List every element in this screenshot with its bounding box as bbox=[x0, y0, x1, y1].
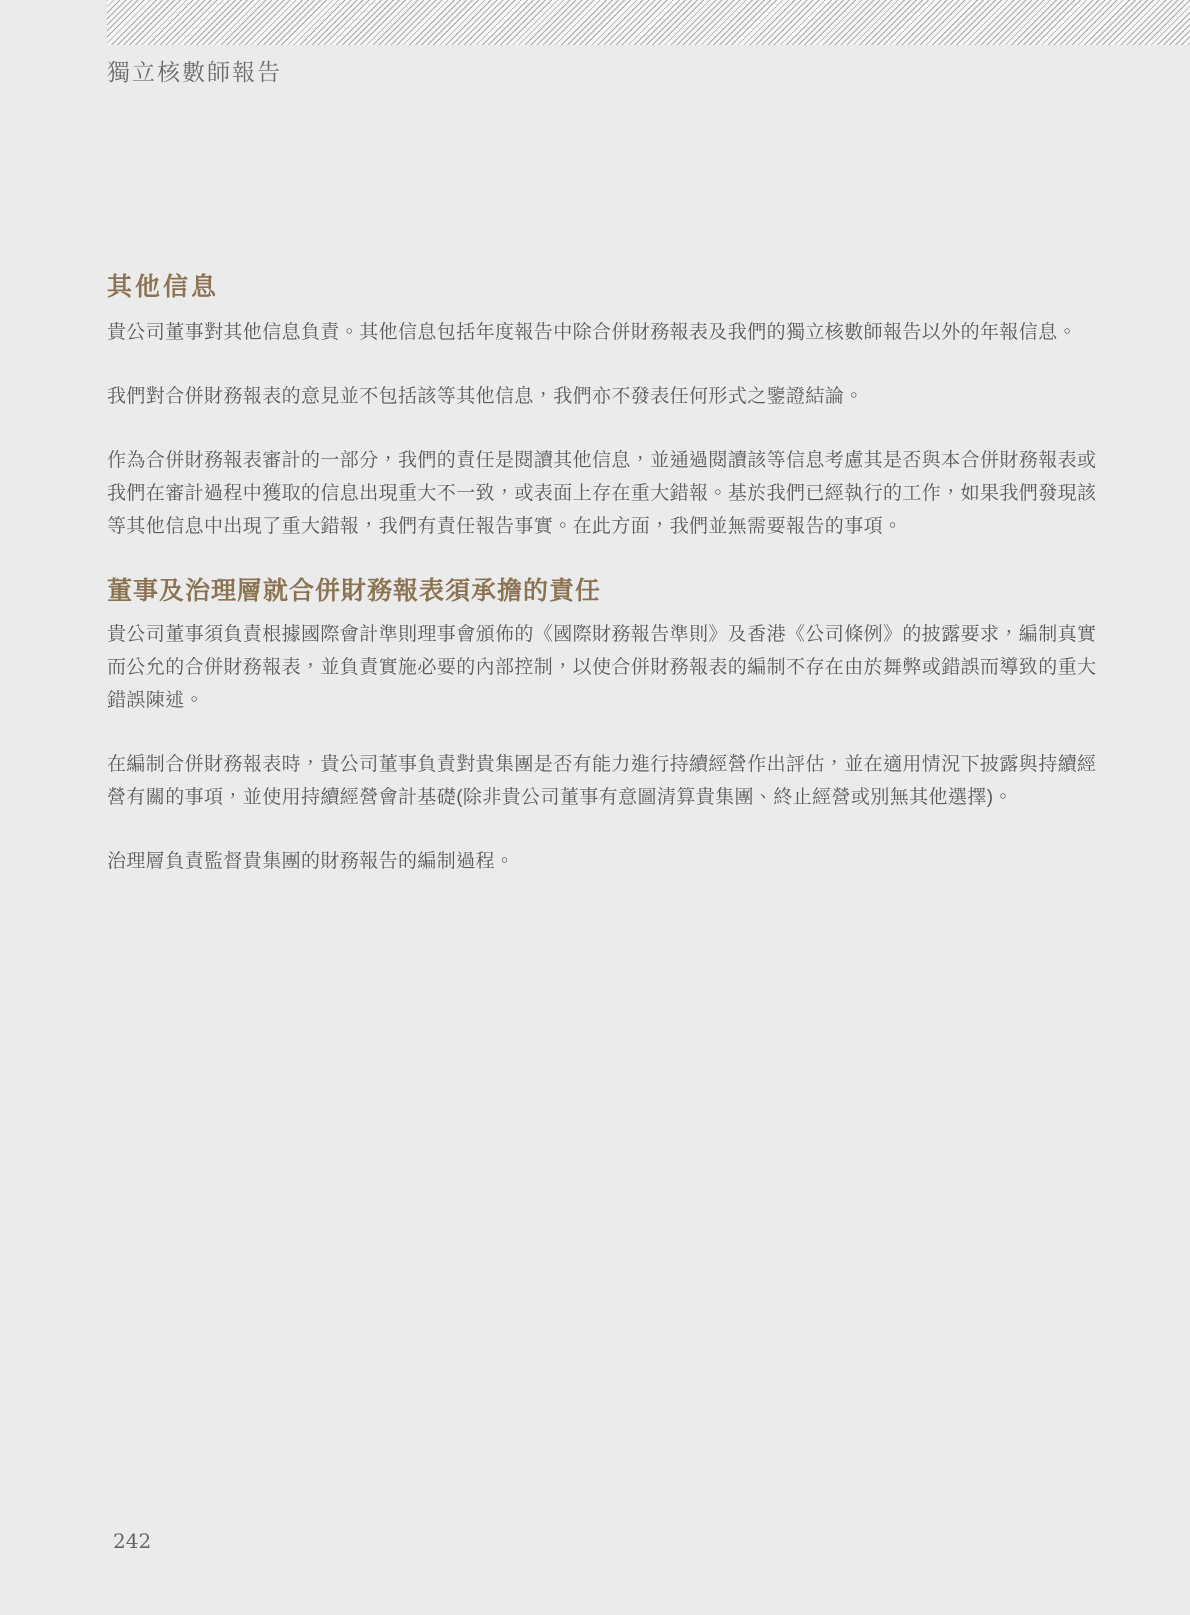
paragraph: 在編制合併財務報表時，貴公司董事負責對貴集團是否有能力進行持續經營作出評估，並在… bbox=[107, 748, 1097, 814]
section-heading-other-information: 其他信息 bbox=[107, 270, 1097, 304]
section-heading-directors-responsibilities: 董事及治理層就合併財務報表須承擔的責任 bbox=[107, 574, 1097, 608]
paragraph: 我們對合併財務報表的意見並不包括該等其他信息，我們亦不發表任何形式之鑒證結論。 bbox=[107, 380, 1097, 413]
paragraph: 作為合併財務報表審計的一部分，我們的責任是閱讀其他信息，並通過閱讀該等信息考慮其… bbox=[107, 444, 1097, 543]
paragraph: 貴公司董事須負責根據國際會計準則理事會頒佈的《國際財務報告準則》及香港《公司條例… bbox=[107, 618, 1097, 717]
page-number: 242 bbox=[113, 1528, 151, 1554]
document-header: 獨立核數師報告 bbox=[107, 57, 282, 89]
hatch-band-decoration bbox=[107, 0, 1190, 45]
report-body: 其他信息 貴公司董事對其他信息負責。其他信息包括年度報告中除合併財務報表及我們的… bbox=[107, 270, 1097, 909]
paragraph: 治理層負責監督貴集團的財務報告的編制過程。 bbox=[107, 845, 1097, 878]
paragraph: 貴公司董事對其他信息負責。其他信息包括年度報告中除合併財務報表及我們的獨立核數師… bbox=[107, 316, 1097, 349]
report-page: 獨立核數師報告 其他信息 貴公司董事對其他信息負責。其他信息包括年度報告中除合併… bbox=[0, 0, 1190, 1615]
